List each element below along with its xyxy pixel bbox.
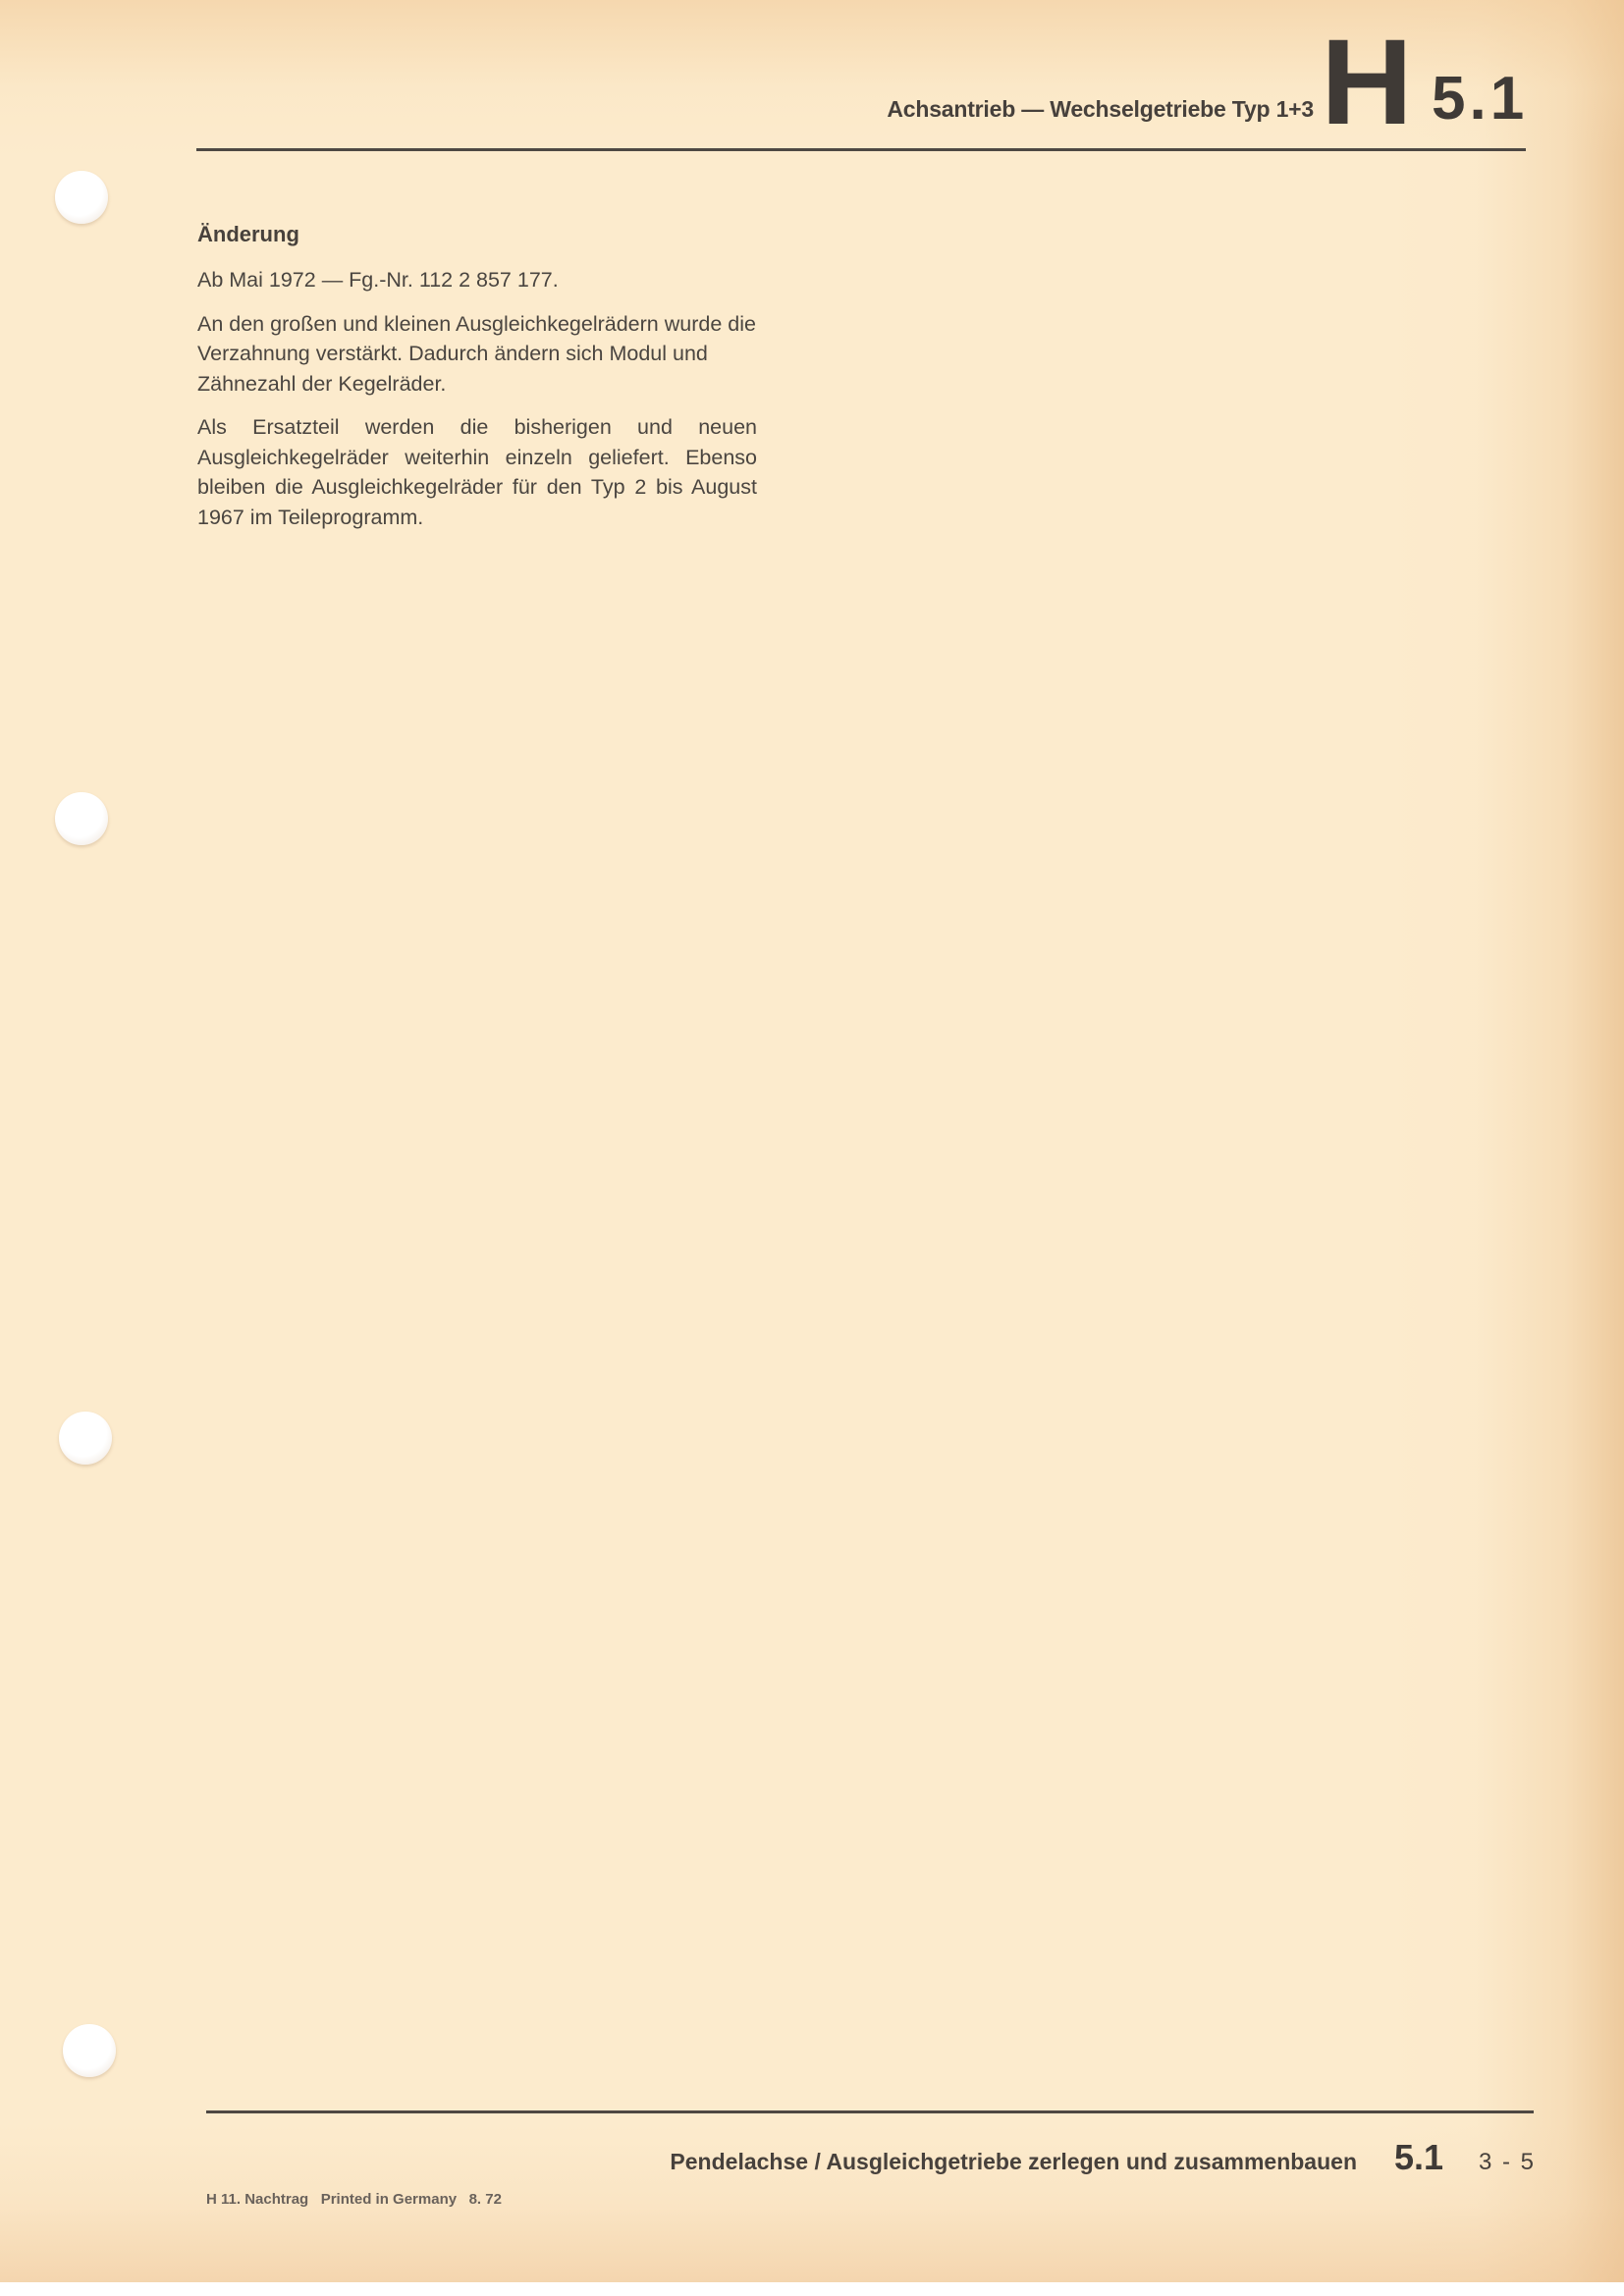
document-page: Achsantrieb — Wechselgetriebe Typ 1+3 H … [0,0,1624,2282]
punch-hole [55,171,108,224]
paragraph-date: Ab Mai 1972 — Fg.-Nr. 112 2 857 177. [197,265,757,295]
section-heading: Änderung [197,222,757,247]
paragraph-spare-parts: Als Ersatzteil werden die bisherigen und… [197,412,757,532]
document-body: Änderung Ab Mai 1972 — Fg.-Nr. 112 2 857… [197,222,757,546]
page-number: 3 - 5 [1479,2149,1536,2176]
header-title: Achsantrieb — Wechselgetriebe Typ 1+3 [887,96,1314,123]
header-divider [196,148,1526,151]
punch-hole [59,1412,112,1465]
punch-hole [63,2024,116,2077]
footer-title: Pendelachse / Ausgleichgetriebe zerlegen… [670,2149,1357,2175]
section-number: 5.1 [1432,69,1528,130]
footer-divider [206,2110,1534,2113]
footer-section-number: 5.1 [1394,2137,1443,2178]
section-letter: H [1321,22,1413,143]
punch-hole [55,792,108,845]
paragraph-change: An den großen und kleinen Ausgleichkegel… [197,309,757,400]
print-info: H 11. Nachtrag Printed in Germany 8. 72 [206,2191,502,2208]
